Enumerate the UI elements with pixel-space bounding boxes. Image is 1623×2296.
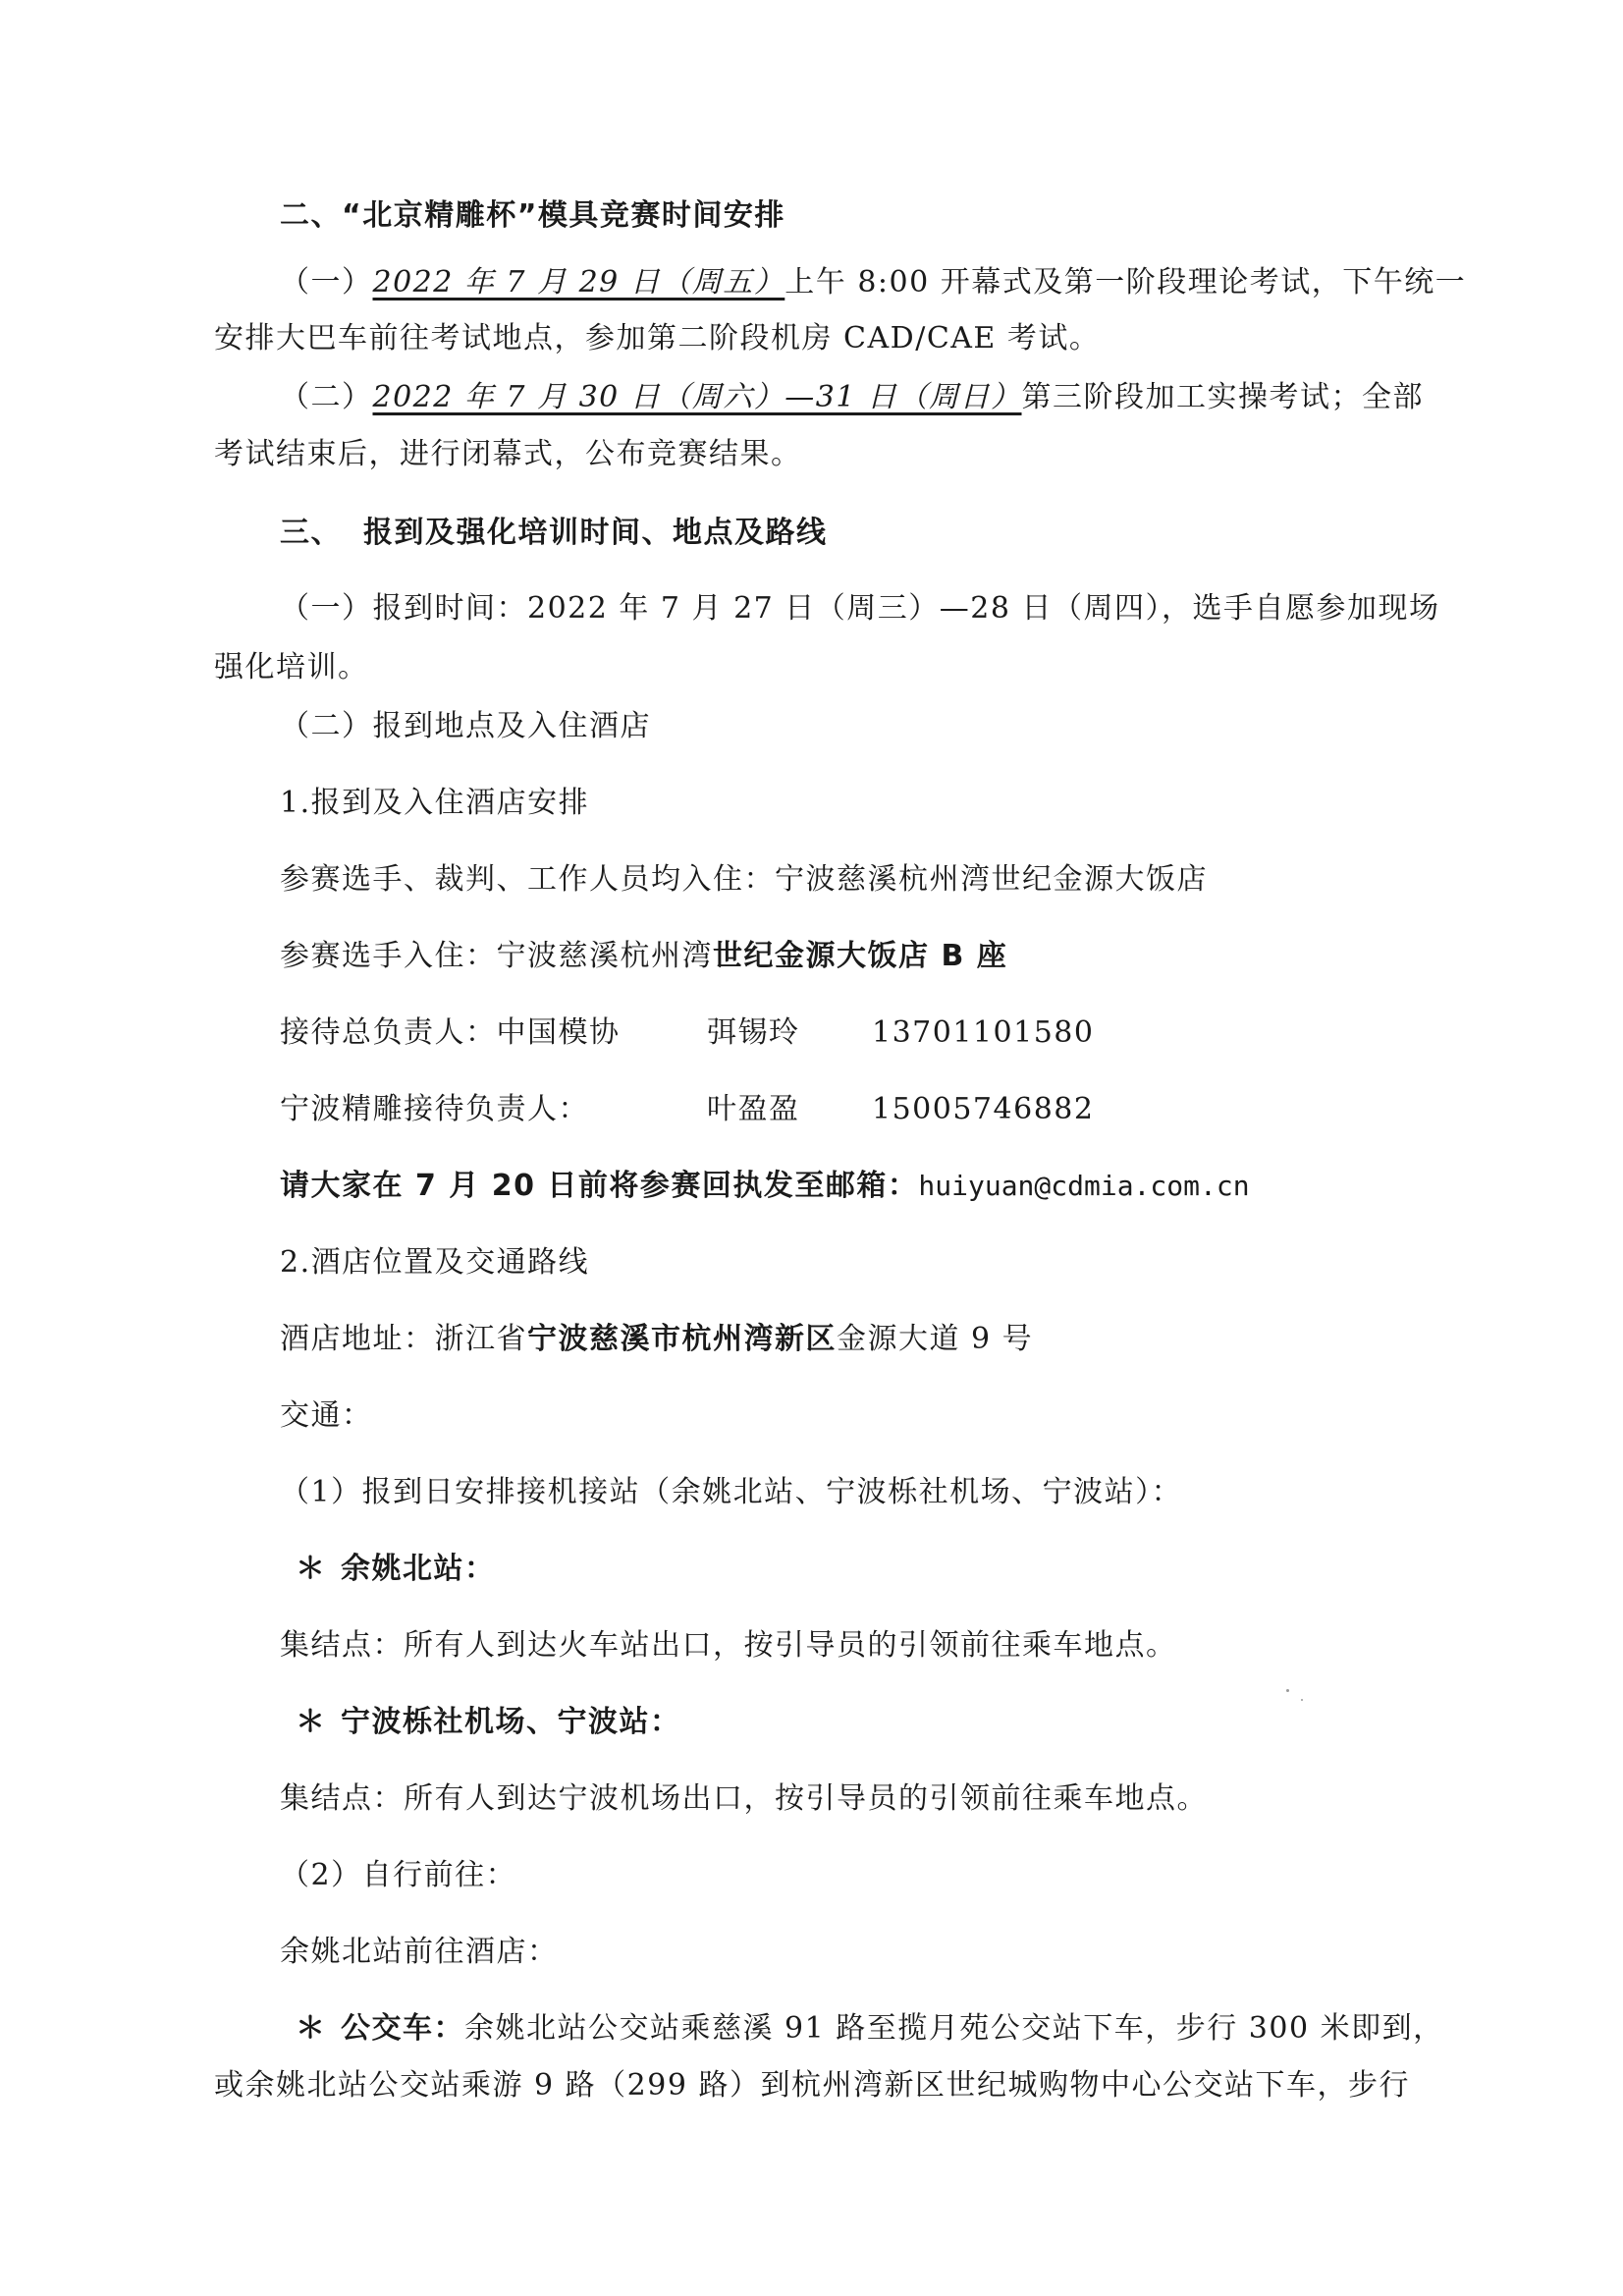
self-travel-title: （2）自行前往： (280, 1856, 1436, 1895)
contact-row: 接待总负责人：中国模协弭锡玲13701101580 (280, 1013, 1436, 1053)
item-text: 第三阶段加工实操考试；全部 (1022, 380, 1425, 414)
bus-route-continued: 或余姚北站公交站乘游 9 路（299 路）到杭州湾新区世纪城购物中心公交站下车，… (214, 2066, 1436, 2105)
schedule-item-1: （一）2022 年 7 月 29 日（周五）上午 8:00 开幕式及第一阶段理论… (280, 263, 1436, 302)
address-prefix: 酒店地址：浙江省 (280, 1322, 527, 1356)
station-name: 宁波栎社机场、宁波站： (341, 1705, 681, 1739)
registration-location-title: （二）报到地点及入住酒店 (280, 707, 1436, 746)
self-travel-from-yuyao: 余姚北站前往酒店： (280, 1933, 1436, 1972)
document-page: 二、“北京精雕杯”模具竞赛时间安排 （一）2022 年 7 月 29 日（周五）… (0, 0, 1623, 2296)
pickup-title: （1）报到日安排接机接站（余姚北站、宁波栎社机场、宁波站）： (280, 1473, 1436, 1512)
section-heading-schedule: 二、“北京精雕杯”模具竞赛时间安排 (280, 196, 1436, 236)
hotel-address: 酒店地址：浙江省宁波慈溪市杭州湾新区金源大道 9 号 (280, 1320, 1436, 1359)
address-suffix: 金源大道 9 号 (837, 1322, 1033, 1356)
schedule-item-2: （二）2022 年 7 月 30 日（周六）—31 日（周日）第三阶段加工实操考… (280, 378, 1436, 417)
meeting-point-yuyao: 集结点：所有人到达火车站出口，按引导员的引领前往乘车地点。 (280, 1626, 1436, 1666)
contact-name: 叶盈盈 (707, 1090, 872, 1129)
item-text: 上午 8:00 开幕式及第一阶段理论考试，下午统一 (784, 265, 1466, 300)
transport-label: 交通： (280, 1396, 1436, 1436)
all-stay-info: 参赛选手、裁判、工作人员均入住：宁波慈溪杭州湾世纪金源大饭店 (280, 860, 1436, 900)
registration-time-continued: 强化培训。 (214, 648, 1436, 687)
heading-text: 报到及强化培训时间、地点及路线 (363, 516, 828, 550)
contact-name: 弭锡玲 (707, 1013, 872, 1053)
bus-route-text: 余姚北站公交站乘慈溪 91 路至揽月苑公交站下车，步行 300 米即到， (464, 2011, 1444, 2046)
pickup-station-ningbo: ＊宁波栎社机场、宁波站： (280, 1703, 1436, 1742)
stay-bold: 世纪金源大饭店 B 座 (713, 939, 1007, 973)
contact-row: 宁波精雕接待负责人：叶盈盈15005746882 (280, 1090, 1436, 1129)
contact-role: 接待总负责人：中国模协 (280, 1013, 707, 1053)
underlined-date: 2022 年 7 月 29 日（周五） (373, 265, 785, 300)
hotel-location-title: 2.酒店位置及交通路线 (280, 1243, 1436, 1283)
email-address[interactable]: huiyuan@cdmia.com.cn (918, 1170, 1249, 1202)
bus-route: ＊公交车：余姚北站公交站乘慈溪 91 路至揽月苑公交站下车，步行 300 米即到… (280, 2009, 1436, 2049)
item-prefix: （二） (280, 380, 373, 414)
meeting-point-ningbo: 集结点：所有人到达宁波机场出口，按引导员的引领前往乘车地点。 (280, 1779, 1436, 1819)
email-notice-text: 请大家在 7 月 20 日前将参赛回执发至邮箱： (280, 1169, 918, 1203)
scan-speck (1286, 1689, 1289, 1692)
registration-time: （一）报到时间：2022 年 7 月 27 日（周三）—28 日（周四），选手自… (280, 589, 1436, 629)
email-notice: 请大家在 7 月 20 日前将参赛回执发至邮箱：huiyuan@cdmia.co… (280, 1167, 1436, 1206)
schedule-item-2-continued: 考试结束后，进行闭幕式，公布竞赛结果。 (214, 435, 1436, 474)
schedule-item-1-continued: 安排大巴车前往考试地点，参加第二阶段机房 CAD/CAE 考试。 (214, 319, 1436, 358)
underlined-date: 2022 年 7 月 30 日（周六）—31 日（周日） (373, 380, 1022, 414)
bus-label: 公交车： (341, 2011, 464, 2046)
stay-prefix: 参赛选手入住：宁波慈溪杭州湾 (280, 939, 713, 973)
asterisk-bullet-icon: ＊ (280, 1703, 341, 1742)
scan-speck (1301, 1699, 1303, 1701)
heading-number: 三、 (280, 516, 342, 550)
station-name: 余姚北站： (341, 1552, 496, 1586)
item-prefix: （一） (280, 265, 373, 300)
contact-phone: 13701101580 (872, 1013, 1094, 1053)
hotel-arrangement-title: 1.报到及入住酒店安排 (280, 784, 1436, 823)
contact-phone: 15005746882 (872, 1090, 1094, 1129)
asterisk-bullet-icon: ＊ (280, 2009, 341, 2049)
section-heading-registration: 三、报到及强化培训时间、地点及路线 (280, 514, 1436, 553)
address-bold: 宁波慈溪市杭州湾新区 (527, 1322, 837, 1356)
asterisk-bullet-icon: ＊ (280, 1550, 341, 1589)
contact-role: 宁波精雕接待负责人： (280, 1090, 707, 1129)
pickup-station-yuyao: ＊余姚北站： (280, 1550, 1436, 1589)
contestant-stay-info: 参赛选手入住：宁波慈溪杭州湾世纪金源大饭店 B 座 (280, 937, 1436, 976)
